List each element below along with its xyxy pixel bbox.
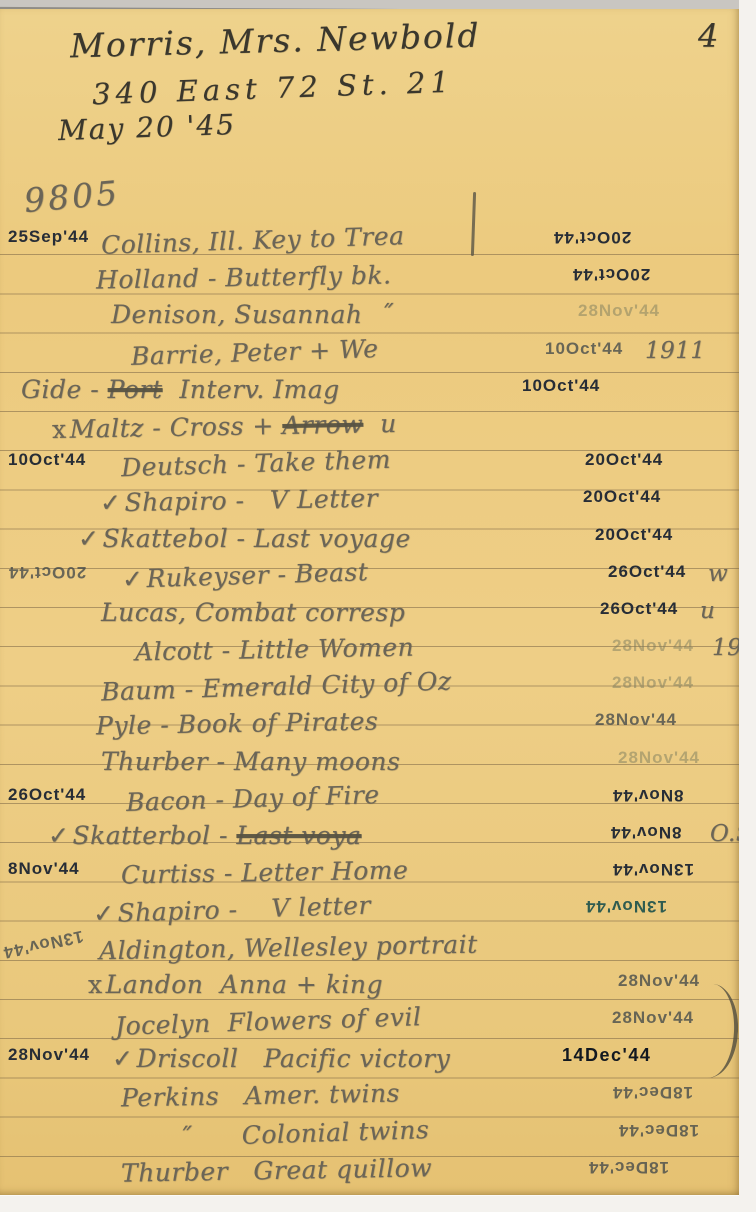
account-number: 9805: [22, 173, 121, 220]
date-stamp-left: 28Nov'44: [8, 1045, 90, 1065]
entry-text: ✓Skatterbol - Last voya: [48, 819, 361, 853]
date-stamp-left: 20Oct'44: [8, 562, 86, 582]
entry-title: Perkins Amer. twins: [121, 1079, 400, 1113]
checkmark: x: [52, 415, 67, 444]
checkmark: ✓: [100, 488, 122, 517]
date-stamp-right: 20Oct'44: [572, 264, 650, 284]
checkmark: [93, 266, 94, 295]
entry-text: Pyle - Book of Pirates: [93, 705, 379, 744]
date-stamp-left: 10Oct'44: [8, 450, 86, 470]
borrower-address: 340 East 72 St. 21: [92, 65, 455, 112]
ledger-row: Thurber Great quillow 18Dec'44: [0, 1152, 740, 1189]
ledger-row: ✓Skattebol - Last voyage 20Oct'44: [0, 520, 740, 557]
entry-title: Landon Anna + king: [106, 970, 383, 999]
entry-text: Aldington, Wellesley portrait: [96, 927, 478, 968]
entry-text: ✓Rukeyser - Beast: [122, 555, 369, 597]
ledger-row: ✓Skatterbol - Last voya 8Nov'44 O.S.: [0, 817, 740, 854]
entry-title: Alcott - Little Women: [135, 633, 415, 667]
entry-title: Skattebol - Last voyage: [102, 524, 410, 553]
ledger-row: 20Oct'44 ✓Rukeyser - Beast 26Oct'44 w: [0, 557, 740, 594]
entry-title: Jocelyn Flowers of evil: [115, 1002, 422, 1041]
card-paper: Morris, Mrs. Newbold 340 East 72 St. 21 …: [0, 9, 740, 1195]
date-stamp-left: 25Sep'44: [8, 227, 89, 247]
checkmark: [93, 712, 94, 741]
entry-text: Alcott - Little Women: [132, 631, 415, 670]
entry-title: Bacon - Day of Fire: [126, 780, 380, 817]
date-stamp-left: 26Oct'44: [8, 785, 86, 805]
entry-note: u: [700, 598, 715, 624]
entry-title: Curtiss - Letter Home: [121, 856, 409, 890]
entry-text: ✓Driscoll Pacific victory: [112, 1042, 450, 1076]
entry-text: Thurber - Many moons: [98, 745, 400, 779]
entry-text: Baum - Emerald City of Oz: [98, 665, 453, 710]
date-stamp-left: 13Nov'44: [1, 925, 85, 962]
date-stamp-right: 13Nov'44: [612, 859, 694, 879]
entry-title: Aldington, Wellesley portrait: [99, 929, 478, 965]
entry-title: Baum - Emerald City of Oz: [101, 667, 452, 707]
date-stamp-right: 28Nov'44: [612, 636, 694, 656]
entry-title: Holland - Butterfly bk.: [96, 261, 392, 295]
checkmark: [132, 638, 133, 667]
ledger-row: Denison, Susannah ˝ 28Nov'44: [0, 296, 740, 333]
ledger-row: Thurber - Many moons 28Nov'44: [0, 743, 740, 780]
entry-text: xMaltz - Cross + Arrow u: [52, 407, 397, 447]
date-stamp-right: 8Nov'44: [612, 785, 684, 805]
date-stamp-right: 28Nov'44: [618, 971, 700, 991]
checkmark: x: [88, 970, 103, 999]
entry-note: w: [708, 561, 728, 587]
entry-text: Gide - Port Interv. Imag: [18, 373, 340, 407]
date-stamp-right: 28Nov'44: [612, 1008, 694, 1028]
ledger-row: 8Nov'44 Curtiss - Letter Home 13Nov'44: [0, 854, 740, 891]
entry-text: Deutsch - Take them: [118, 443, 392, 486]
entry-title: Shapiro - V letter: [117, 891, 371, 928]
entry-text: ✓Skattebol - Last voyage: [78, 522, 411, 556]
checkmark: ✓: [48, 821, 69, 850]
entry-title: Skatterbol -: [72, 821, 236, 850]
ledger-row: xMaltz - Cross + Arrow u: [0, 408, 740, 445]
entry-text: Lucas, Combat corresp: [98, 596, 405, 630]
checkmark: [175, 1123, 176, 1152]
scan-edge-right: [739, 0, 756, 1212]
checkmark: [128, 342, 129, 371]
date-stamp-right: 18Dec'44: [588, 1157, 669, 1177]
entry-text: Perkins Amer. twins: [118, 1077, 400, 1116]
entry-title-rest: u: [363, 409, 397, 439]
date-stamp-right: 10Oct'44: [522, 376, 600, 396]
date-stamp-left: 8Nov'44: [8, 859, 80, 879]
date-stamp-right: 20Oct'44: [583, 487, 661, 507]
entry-text: ✓Shapiro - V Letter: [100, 482, 379, 521]
checkmark: [98, 678, 99, 707]
date-stamp-right: 20Oct'44: [595, 525, 673, 545]
ledger-row: Holland - Butterfly bk. 20Oct'44: [0, 259, 740, 296]
scanned-library-card: Morris, Mrs. Newbold 340 East 72 St. 21 …: [0, 0, 756, 1212]
checkmark: [112, 1012, 113, 1041]
entry-text: Denison, Susannah ˝: [108, 298, 392, 332]
entry-text: Collins, Ill. Key to Trea: [98, 219, 405, 263]
ledger-row: Baum - Emerald City of Oz 28Nov'44: [0, 668, 740, 705]
entry-text: Thurber Great quillow: [118, 1151, 433, 1190]
date-stamp-right: 20Oct'44: [585, 450, 663, 470]
scan-edge-bottom: [0, 1196, 756, 1212]
entry-title: Barrie, Peter + We: [131, 334, 379, 371]
entry-title: Driscoll Pacific victory: [136, 1044, 450, 1073]
date-stamp-right: 28Nov'44: [612, 673, 694, 693]
date-stamp-right: 26Oct'44: [608, 562, 686, 582]
entry-title: Collins, Ill. Key to Trea: [101, 221, 405, 260]
entry-text: ✓Shapiro - V letter: [93, 889, 372, 932]
date-stamp-right: 28Nov'44: [595, 710, 677, 730]
ledger-row: ✓Shapiro - V Letter 20Oct'44: [0, 482, 740, 519]
date-stamp-right: 13Nov'44: [585, 896, 667, 916]
entry-note: 1911: [645, 338, 706, 364]
date-stamp-right: 18Dec'44: [618, 1120, 699, 1140]
entries: 25Sep'44 Collins, Ill. Key to Trea 20Oct…: [0, 222, 740, 1189]
entry-text: ˝ Colonial twins: [175, 1113, 430, 1155]
entry-text: Holland - Butterfly bk.: [93, 259, 392, 298]
entry-title: Rukeyser - Beast: [146, 557, 369, 593]
entry-struck-text: Port: [108, 375, 163, 404]
entry-text: Curtiss - Letter Home: [118, 854, 409, 893]
checkmark: ✓: [122, 564, 144, 594]
date-stamp-right: 28Nov'44: [618, 748, 700, 768]
checkmark: [118, 1158, 119, 1187]
entry-title: Thurber Great quillow: [121, 1153, 433, 1187]
ledger-row: Perkins Amer. twins 18Dec'44: [0, 1077, 740, 1114]
ledger-row: Lucas, Combat corresp 26Oct'44 u: [0, 594, 740, 631]
date-stamp-right: 18Dec'44: [612, 1082, 693, 1102]
ledger-row: 13Nov'44 Aldington, Wellesley portrait: [0, 929, 740, 966]
entry-title: Thurber - Many moons: [101, 747, 400, 776]
checkmark: ✓: [93, 899, 115, 929]
checkmark: [118, 453, 119, 482]
entry-title-rest: Interv. Imag: [162, 375, 339, 404]
ledger-row: 25Sep'44 Collins, Ill. Key to Trea 20Oct…: [0, 222, 740, 259]
ledger-row: Alcott - Little Women 28Nov'44 1936: [0, 631, 740, 668]
entry-title: Gide -: [21, 375, 108, 404]
ledger-row: Barrie, Peter + We 10Oct'44 1911: [0, 334, 740, 371]
entry-title: Deutsch - Take them: [121, 445, 392, 482]
date-stamp-right: 28Nov'44: [578, 301, 660, 321]
ledger-row: 28Nov'44 ✓Driscoll Pacific victory 14Dec…: [0, 1040, 740, 1077]
checkmark: ✓: [78, 524, 99, 553]
checkmark: [98, 231, 99, 260]
entry-text: Jocelyn Flowers of evil: [112, 1000, 422, 1044]
entry-title: Maltz - Cross +: [69, 411, 282, 444]
entry-title: Pyle - Book of Pirates: [96, 707, 379, 741]
checkmark: [123, 788, 124, 817]
ledger-row: Jocelyn Flowers of evil 28Nov'44: [0, 1003, 740, 1040]
checkmark: [118, 861, 119, 890]
entry-text: Bacon - Day of Fire: [123, 778, 381, 820]
date-stamp-right: 10Oct'44: [545, 339, 623, 359]
ledger-row: Pyle - Book of Pirates 28Nov'44: [0, 705, 740, 742]
entry-title: Lucas, Combat corresp: [101, 598, 405, 627]
page-number: 4: [698, 17, 720, 55]
date-stamp-right: 8Nov'44: [610, 822, 682, 842]
ledger-row: ✓Shapiro - V letter 13Nov'44: [0, 891, 740, 928]
card-date: May 20 '45: [57, 108, 236, 147]
ledger-row: xLandon Anna + king 28Nov'44: [0, 966, 740, 1003]
checkmark: ✓: [112, 1044, 133, 1073]
entry-title: Denison, Susannah ˝: [111, 300, 392, 329]
date-stamp-right: 14Dec'44: [562, 1045, 651, 1066]
entry-struck-text: Arrow: [282, 410, 363, 440]
date-stamp-right: 20Oct'44: [553, 227, 631, 247]
entry-text: xLandon Anna + king: [88, 968, 383, 1002]
entry-title: Shapiro - V Letter: [124, 484, 378, 517]
entry-text: Barrie, Peter + We: [128, 332, 379, 374]
ledger-row: ˝ Colonial twins 18Dec'44: [0, 1115, 740, 1152]
entry-title: ˝ Colonial twins: [178, 1115, 430, 1152]
ledger-row: 26Oct'44 Bacon - Day of Fire 8Nov'44: [0, 780, 740, 817]
borrower-name: Morris, Mrs. Newbold: [70, 16, 481, 66]
ledger-row: Gide - Port Interv. Imag 10Oct'44: [0, 371, 740, 408]
checkmark: [96, 936, 97, 965]
entry-struck-text: Last voya: [236, 821, 361, 850]
date-stamp-right: 26Oct'44: [600, 599, 678, 619]
checkmark: [118, 1084, 119, 1113]
ledger-row: 10Oct'44 Deutsch - Take them 20Oct'44: [0, 445, 740, 482]
